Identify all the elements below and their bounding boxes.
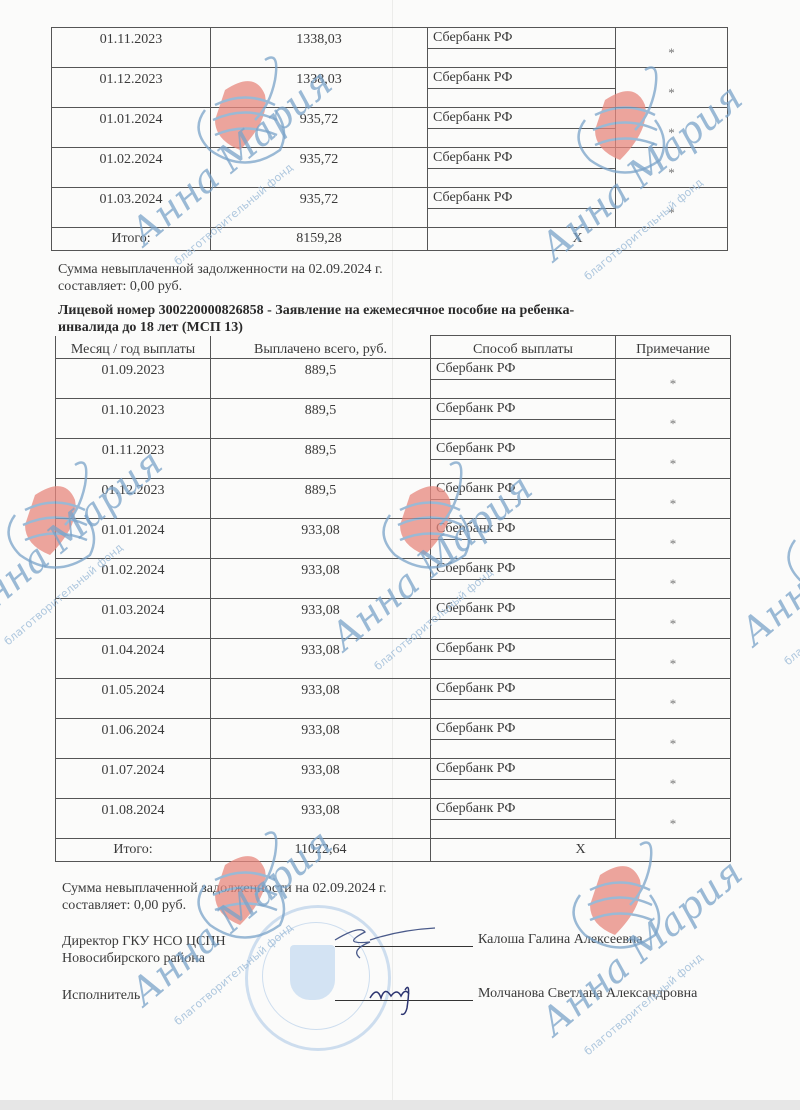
- executor-signature: [365, 978, 425, 1018]
- payment-date: 01.10.2023: [56, 399, 211, 439]
- payment-method-cell: Сбербанк РФ: [431, 719, 616, 759]
- payment-amount: 889,5: [211, 399, 431, 439]
- payment-method-cell: Сбербанк РФ: [431, 679, 616, 719]
- table-row: 01.07.2024933,08Сбербанк РФ*: [56, 759, 731, 799]
- payment-method: Сбербанк РФ: [431, 399, 615, 420]
- payment-method: Сбербанк РФ: [431, 799, 615, 820]
- payment-method-cell: Сбербанк РФ: [431, 359, 616, 399]
- total-value: 8159,28: [211, 228, 428, 251]
- payment-method: Сбербанк РФ: [431, 679, 615, 700]
- payment-date: 01.06.2024: [56, 719, 211, 759]
- scan-edge: [0, 1100, 800, 1110]
- payment-method-blank: [431, 780, 615, 798]
- payment-method: Сбербанк РФ: [428, 28, 615, 49]
- section-title-line-2: инвалида до 18 лет (МСП 13): [58, 319, 243, 336]
- payment-note: *: [616, 639, 731, 679]
- payment-note: *: [616, 679, 731, 719]
- payment-note: *: [616, 479, 731, 519]
- payment-method: Сбербанк РФ: [431, 359, 615, 380]
- payment-amount: 933,08: [211, 679, 431, 719]
- payment-note: *: [616, 599, 731, 639]
- payment-amount: 889,5: [211, 359, 431, 399]
- payment-note: *: [616, 399, 731, 439]
- payment-amount: 933,08: [211, 759, 431, 799]
- payment-method-blank: [431, 620, 615, 638]
- payment-method-cell: Сбербанк РФ: [431, 639, 616, 679]
- table-row: 01.05.2024933,08Сбербанк РФ*: [56, 679, 731, 719]
- payment-note: *: [616, 759, 731, 799]
- header-method: Способ выплаты: [431, 336, 616, 359]
- payment-method-blank: [431, 660, 615, 678]
- payment-method-blank: [431, 380, 615, 398]
- payment-note: *: [616, 799, 731, 839]
- payment-date: 01.05.2024: [56, 679, 211, 719]
- table-row: 01.06.2024933,08Сбербанк РФ*: [56, 719, 731, 759]
- payment-date: 01.04.2024: [56, 639, 211, 679]
- payment-method-cell: Сбербанк РФ: [431, 399, 616, 439]
- debt-line-1: Сумма невыплаченной задолженности на 02.…: [58, 261, 383, 278]
- payment-method: Сбербанк РФ: [431, 719, 615, 740]
- payment-note: *: [616, 519, 731, 559]
- director-signature: [330, 920, 440, 960]
- payment-note: *: [616, 719, 731, 759]
- payment-method: Сбербанк РФ: [431, 639, 615, 660]
- payment-note: *: [616, 359, 731, 399]
- payment-method-blank: [431, 740, 615, 758]
- table-row: 01.08.2024933,08Сбербанк РФ*: [56, 799, 731, 839]
- payment-date: 01.03.2024: [56, 599, 211, 639]
- debt-line-2: составляет: 0,00 руб.: [62, 897, 186, 914]
- debt-line-2: составляет: 0,00 руб.: [58, 278, 182, 295]
- payment-method-cell: Сбербанк РФ: [431, 759, 616, 799]
- payment-amount: 933,08: [211, 719, 431, 759]
- seal-emblem: [290, 945, 335, 1000]
- payment-date: 01.09.2023: [56, 359, 211, 399]
- payment-date: 01.07.2024: [56, 759, 211, 799]
- section-title-line-1: Лицевой номер 300220000826858 - Заявлени…: [58, 302, 574, 319]
- table-row: 01.10.2023889,5Сбербанк РФ*: [56, 399, 731, 439]
- payment-method: Сбербанк РФ: [431, 759, 615, 780]
- payment-method-blank: [431, 700, 615, 718]
- payment-method-blank: [431, 420, 615, 438]
- table2-header-row: Месяц / год выплаты Выплачено всего, руб…: [56, 336, 731, 359]
- table-row: 01.09.2023889,5Сбербанк РФ*: [56, 359, 731, 399]
- header-note: Примечание: [616, 336, 731, 359]
- header-month: Месяц / год выплаты: [56, 336, 211, 359]
- payment-method-cell: Сбербанк РФ: [431, 799, 616, 839]
- header-paid: Выплачено всего, руб.: [211, 336, 431, 359]
- payment-note: *: [616, 559, 731, 599]
- payment-note: *: [616, 439, 731, 479]
